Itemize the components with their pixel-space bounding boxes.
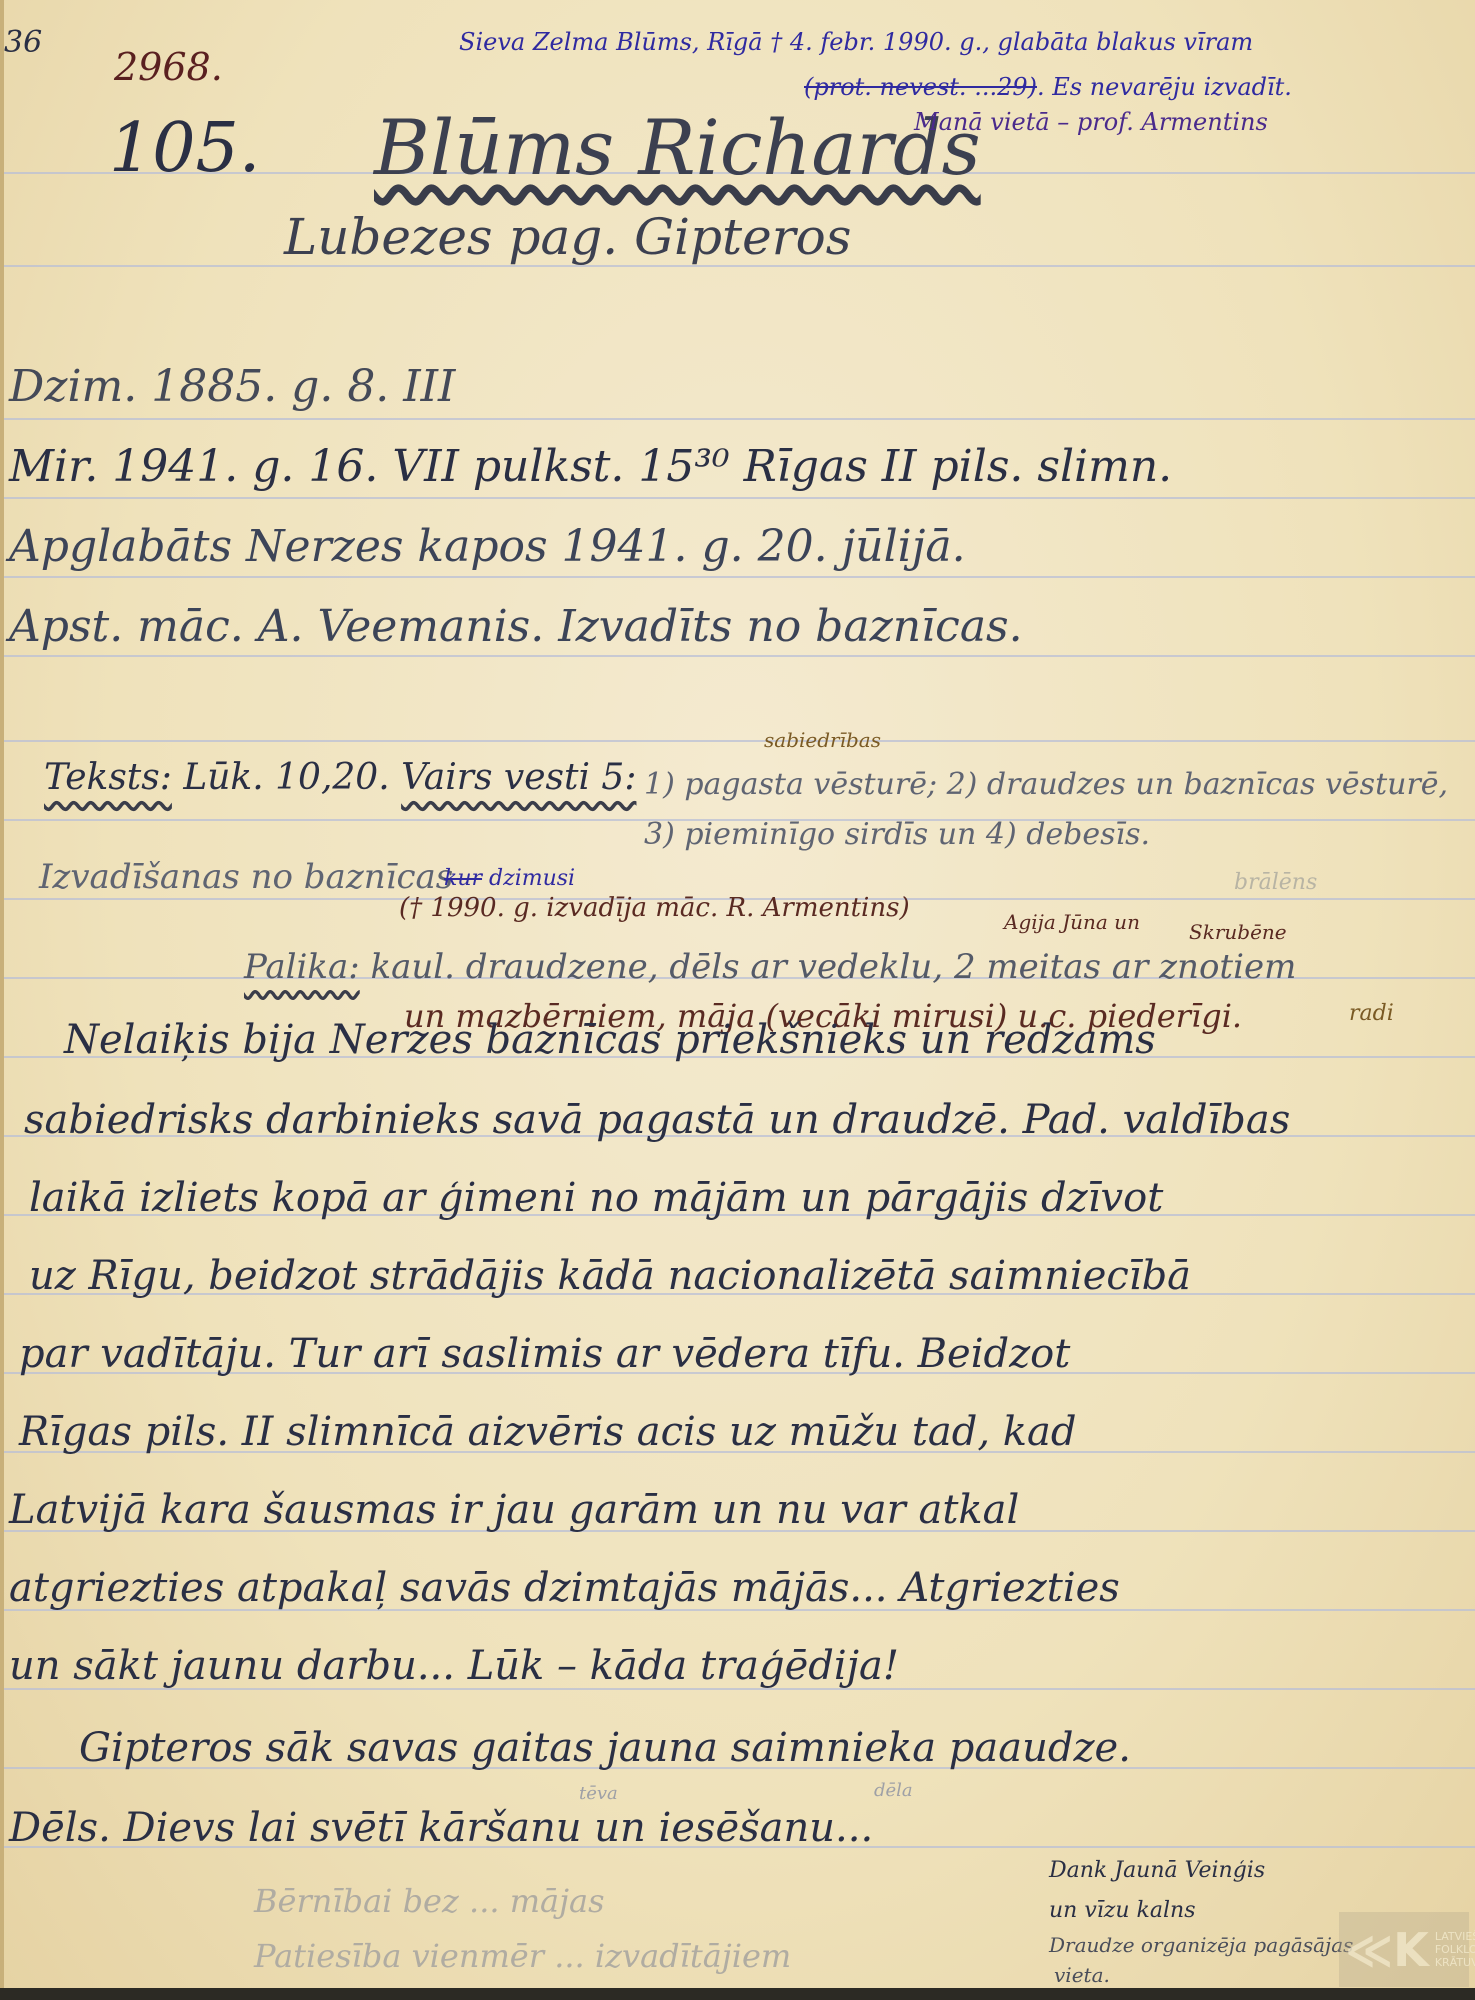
watermark-line: LATVIEŠU: [1435, 1930, 1475, 1943]
ruled-line: [4, 740, 1475, 742]
sermon-item2: 3) pieminīgo sirdīs un 4) debesīs.: [644, 820, 1150, 850]
burial-note-paren: († 1990. g. izvadīja māc. R. Armentins): [399, 895, 910, 921]
body-line: par vadītāju. Tur arī saslimis ar vēdera…: [19, 1334, 1070, 1374]
closing-word-b: iesēšanu...: [658, 1805, 873, 1851]
pencil-note-line1: Bērnībai bez ... mājas: [254, 1885, 605, 1917]
survivors-label: Palika:: [244, 947, 360, 987]
survivors-insert-d: radi: [1349, 1003, 1394, 1025]
survivors-insert-a: Agija Jūna un: [1004, 912, 1140, 932]
struck-text: (prot. nevest. ...29): [804, 73, 1037, 101]
body-line: Nelaiķis bija Nerzes baznīcas priekšniek…: [64, 1020, 1156, 1060]
officiant-line: Apst. māc. A. Veemanis. Izvadīts no bazn…: [9, 605, 1023, 649]
survivors-line1: Palika: kaul. draudzene, dēls ar vedeklu…: [244, 950, 1296, 984]
survivors-insert-c: brālēns: [1234, 872, 1317, 894]
entry-number: 105.: [109, 115, 260, 183]
struck-text: kur: [444, 866, 482, 891]
closing-label: Dēls.: [9, 1805, 111, 1851]
right-note-line2: un vīzu kalns: [1049, 1900, 1196, 1922]
closing-insert-a: tēva: [579, 1785, 618, 1803]
corner-mark: 36: [4, 28, 42, 58]
closing-line: Dēls. Dievs lai svētī kāršanu un iesēšan…: [9, 1808, 873, 1848]
ruled-line: [4, 497, 1475, 499]
survivors-insert-b: Skrubēne: [1189, 922, 1287, 942]
watermark-line: KRĀTUVE: [1435, 1956, 1475, 1969]
burial-note-struck: kur dzimusi: [444, 868, 575, 890]
body-line: sabiedrisks darbinieks savā pagastā un d…: [24, 1100, 1290, 1140]
born-line: Dzim. 1885. g. 8. III: [9, 365, 455, 409]
archive-card-page: 36 2968. 105. Blūms Richards Lubezes pag…: [0, 0, 1475, 1988]
body-line: Latvijā kara šausmas ir jau garām un nu …: [9, 1490, 1019, 1530]
body-line: Gipteros sāk savas gaitas jauna saimniek…: [79, 1728, 1131, 1768]
top-annotation-line2: (prot. nevest. ...29). Es nevarēju izvad…: [804, 75, 1292, 99]
scan-border: [0, 1988, 1475, 2000]
right-note-line4: vieta.: [1054, 1965, 1110, 1985]
person-name: Blūms Richards: [374, 110, 981, 186]
archive-watermark: ≪K LATVIEŠU FOLKLORAS KRĀTUVE: [1339, 1912, 1469, 1987]
watermark-text: LATVIEŠU FOLKLORAS KRĀTUVE: [1435, 1930, 1475, 1970]
top-annotation-line1: Sieva Zelma Blūms, Rīgā † 4. febr. 1990.…: [459, 30, 1253, 54]
closing-word-a: kāršanu un: [418, 1805, 645, 1851]
ruled-line: [4, 576, 1475, 578]
top-annotation-line3: Manā vietā – prof. Armentins: [914, 110, 1268, 134]
archive-logo-icon: ≪K: [1345, 1923, 1429, 1977]
pencil-note-line2: Patiesība vienmēr ... izvadītājiem: [254, 1940, 791, 1972]
survivors-text: kaul. draudzene, dēls ar vedeklu, 2 meit…: [371, 947, 1297, 987]
scripture-ref: Lūk. 10,20.: [183, 757, 389, 798]
ruled-line: [4, 418, 1475, 420]
watermark-line: FOLKLORAS: [1435, 1943, 1475, 1956]
archive-number: 2968.: [114, 48, 223, 86]
burial-note-label: Izvadīšanas no baznīcas: [39, 860, 453, 894]
insert-text: dzimusi: [489, 866, 575, 891]
right-note-line3: Draudze organizēja pagāsājas: [1049, 1935, 1353, 1955]
body-line: un sākt jaunu darbu... Lūk – kāda traģēd…: [9, 1646, 899, 1686]
sermon-text-label: Teksts: Lūk. 10,20. Vairs vesti 5:: [44, 760, 636, 796]
closing-insert-b: dēla: [874, 1782, 913, 1800]
sermon-insert: sabiedrības: [764, 730, 881, 750]
topic-label: Vairs vesti 5:: [401, 757, 636, 798]
right-note-line1: Dank Jaunā Veinģis: [1049, 1860, 1265, 1882]
ruled-line: [4, 655, 1475, 657]
place-name: Lubezes pag. Gipteros: [284, 212, 851, 262]
body-line: Rīgas pils. II slimnīcā aizvēris acis uz…: [19, 1412, 1077, 1452]
sermon-item1: 1) pagasta vēsturē; 2) draudzes un baznī…: [644, 770, 1448, 800]
annotation-text: . Es nevarēju izvadīt.: [1037, 73, 1292, 101]
buried-line: Apglabāts Nerzes kapos 1941. g. 20. jūli…: [9, 525, 966, 569]
teksts-label: Teksts:: [44, 757, 172, 798]
body-line: atgriezties atpakaļ savās dzimtajās mājā…: [9, 1568, 1120, 1608]
body-line: uz Rīgu, beidzot strādājis kādā nacional…: [29, 1256, 1191, 1296]
died-line: Mir. 1941. g. 16. VII pulkst. 15³⁰ Rīgas…: [9, 445, 1172, 489]
body-line: laikā izliets kopā ar ģimeni no mājām un…: [29, 1178, 1163, 1218]
closing-text: Dievs lai svētī: [124, 1805, 406, 1851]
